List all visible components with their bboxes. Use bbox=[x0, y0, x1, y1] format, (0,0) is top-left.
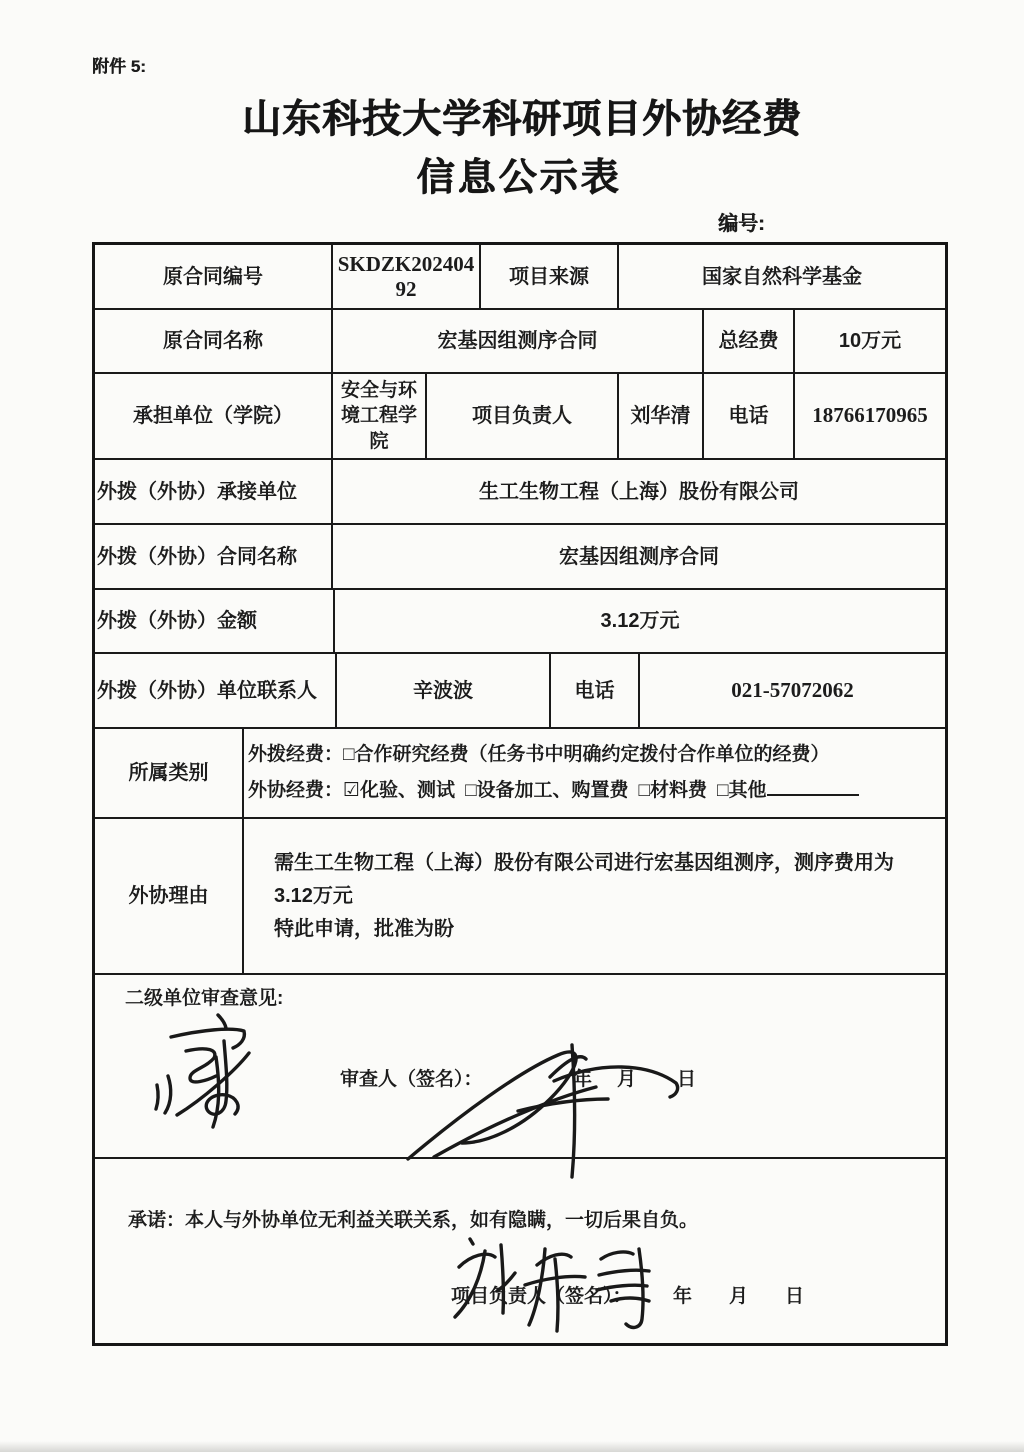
outsource-contract-name-value: 宏基因组测序合同 bbox=[331, 523, 945, 588]
project-leader-signature bbox=[443, 1227, 663, 1335]
category-line1: 外拨经费：□合作研究经费（任务书中明确约定拨付合作单位的经费） bbox=[248, 737, 830, 773]
original-contract-name-label: 原合同名称 bbox=[95, 308, 331, 372]
commitment-day-label: 日 bbox=[785, 1285, 804, 1310]
doc-number-label: 编号: bbox=[718, 207, 765, 236]
category-line2: 外协经费：☑化验、测试□设备加工、购置费□材料费□其他 bbox=[248, 773, 859, 809]
review-section-label: 二级单位审查意见: bbox=[125, 987, 283, 1012]
outsource-unit-label: 外拨（外协）承接单位 bbox=[95, 458, 331, 523]
project-source-value: 国家自然科学基金 bbox=[617, 245, 945, 308]
info-table: 原合同编号 SKDZK20240492 项目来源 国家自然科学基金 原合同名称 … bbox=[92, 242, 948, 1346]
checkbox-checked-test-icon: ☑化验、测试 bbox=[343, 780, 455, 801]
contact-phone-value: 021-57072062 bbox=[638, 652, 945, 727]
reason-line1: 需生工生物工程（上海）股份有限公司进行宏基因组测序，测序费用为 bbox=[274, 847, 894, 880]
checkbox-other-icon: □其他 bbox=[717, 780, 766, 801]
total-budget-label: 总经费 bbox=[702, 308, 793, 372]
outsource-amount-label: 外拨（外协）金额 bbox=[95, 588, 333, 652]
project-leader-value: 刘华清 bbox=[617, 372, 702, 458]
original-contract-name-value: 宏基因组测序合同 bbox=[331, 308, 702, 372]
undertaking-unit-value: 安全与环境工程学院 bbox=[331, 372, 425, 458]
other-blank-line bbox=[767, 780, 859, 796]
reviewer-stamp-signature bbox=[155, 1013, 280, 1133]
scan-edge-shadow bbox=[0, 1441, 1024, 1452]
project-source-label: 项目来源 bbox=[479, 245, 617, 308]
project-leader-label: 项目负责人 bbox=[425, 372, 617, 458]
review-day-label: 日 bbox=[677, 1068, 696, 1093]
leader-sign-label: 项目负责人（签名）： bbox=[451, 1285, 632, 1310]
contact-phone-label: 电话 bbox=[549, 652, 638, 727]
category-line1-prefix: 外拨经费： bbox=[248, 744, 343, 765]
commitment-month-label: 月 bbox=[729, 1285, 748, 1310]
document-title-line2: 信息公示表 bbox=[0, 146, 1024, 201]
outsource-contact-label: 外拨（外协）单位联系人 bbox=[95, 652, 335, 727]
commitment-year-label: 年 bbox=[673, 1285, 692, 1310]
attachment-label: 附件 5: bbox=[92, 52, 146, 77]
original-contract-no-label: 原合同编号 bbox=[95, 245, 331, 308]
document-title-line1: 山东科技大学科研项目外协经费 bbox=[0, 88, 1024, 144]
undertaking-unit-label: 承担单位（学院） bbox=[95, 372, 331, 458]
checkbox-cooperation-icon: □合作研究经费（任务书中明确约定拨付合作单位的经费） bbox=[343, 744, 829, 765]
outsource-contact-value: 辛波波 bbox=[335, 652, 549, 727]
review-month-label: 月 bbox=[617, 1068, 636, 1093]
reason-label: 外协理由 bbox=[95, 817, 242, 973]
reviewer-handwritten-signature bbox=[400, 1037, 680, 1172]
total-budget-value: 10万元 bbox=[793, 308, 945, 372]
outsource-unit-value: 生工生物工程（上海）股份有限公司 bbox=[331, 458, 945, 523]
original-contract-no-value: SKDZK20240492 bbox=[331, 245, 479, 308]
checkbox-material-icon: □材料费 bbox=[639, 780, 707, 801]
document-page: 附件 5: 山东科技大学科研项目外协经费 信息公示表 编号: 原合同编号 SKD… bbox=[0, 0, 1024, 1452]
leader-phone-label: 电话 bbox=[702, 372, 793, 458]
reason-line3: 特此申请，批准为盼 bbox=[274, 913, 454, 946]
review-year-label: 年 bbox=[573, 1068, 592, 1093]
outsource-contract-name-label: 外拨（外协）合同名称 bbox=[95, 523, 331, 588]
outsource-amount-value: 3.12万元 bbox=[333, 588, 945, 652]
category-label: 所属类别 bbox=[95, 727, 242, 817]
reason-line2: 3.12万元 bbox=[274, 880, 353, 913]
category-line2-prefix: 外协经费： bbox=[248, 780, 343, 801]
leader-phone-value: 18766170965 bbox=[793, 372, 945, 458]
checkbox-equipment-icon: □设备加工、购置费 bbox=[465, 780, 628, 801]
